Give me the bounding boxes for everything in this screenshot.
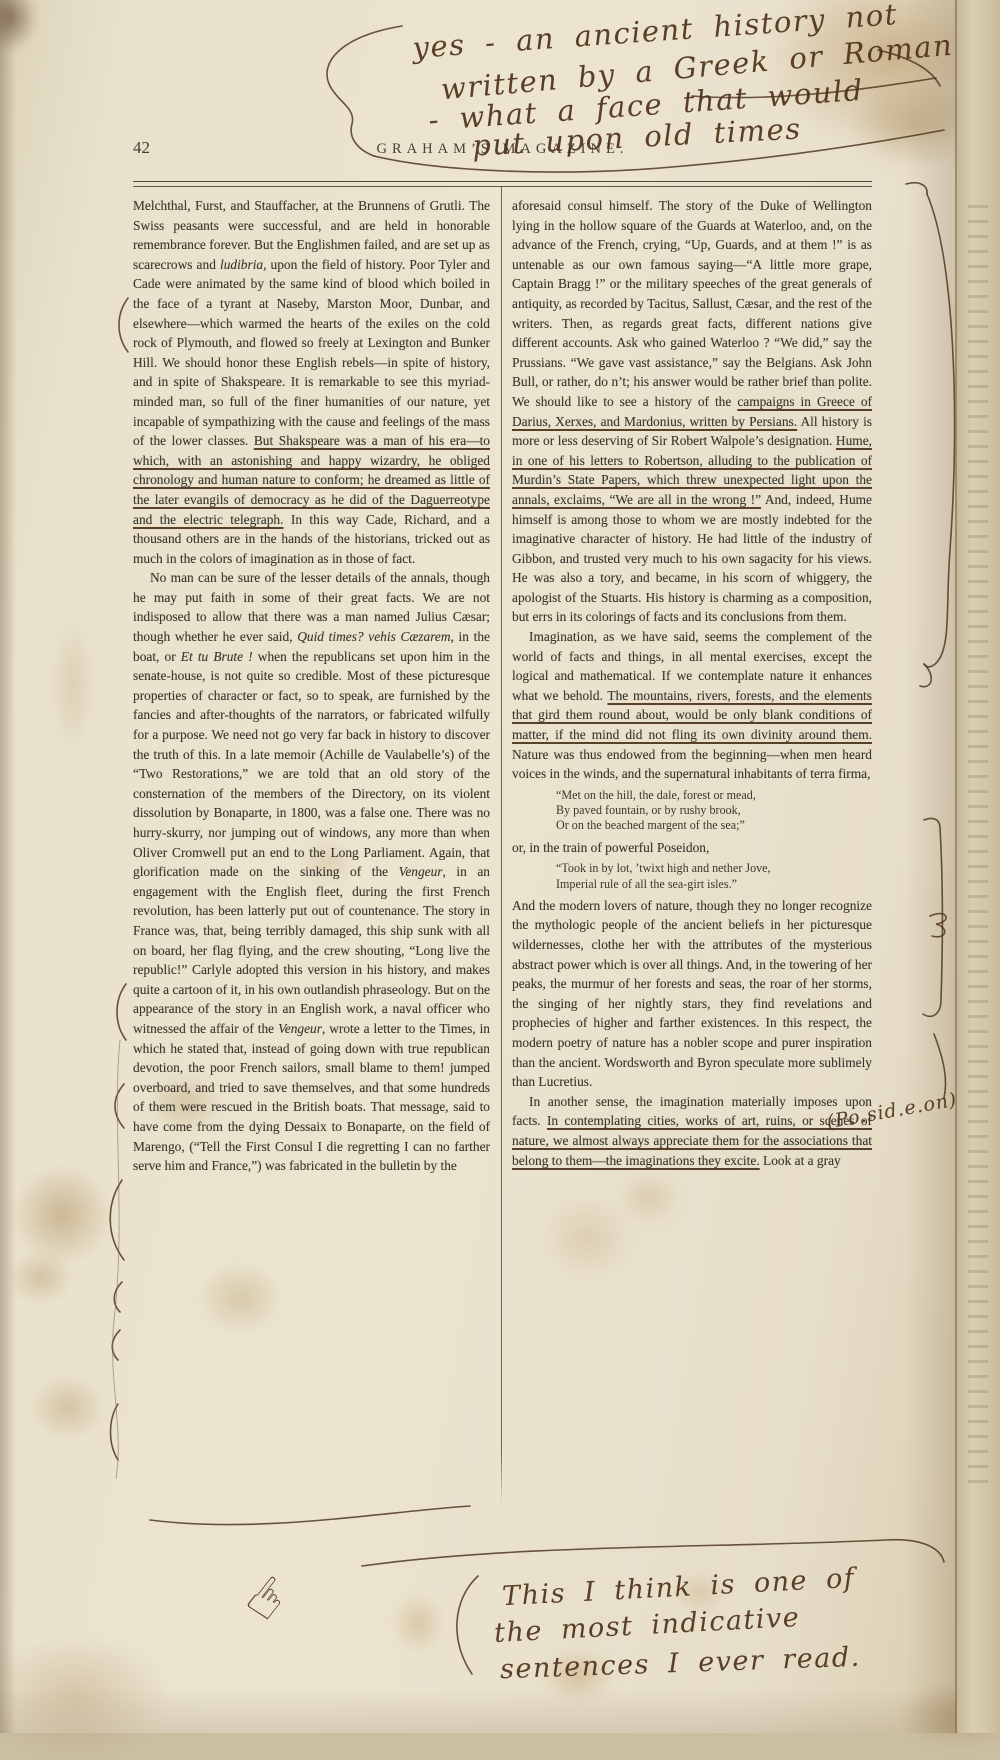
paper-crease: [113, 1040, 120, 1478]
text-segment: Vengeur: [399, 864, 443, 879]
verse-line: Or on the beached margent of the sea;”: [556, 818, 872, 833]
paragraph: Melchthal, Furst, and Stauffacher, at th…: [133, 196, 490, 568]
verse-quote: “Met on the hill, the dale, forest or me…: [556, 788, 872, 834]
left-column: Melchthal, Furst, and Stauffacher, at th…: [133, 196, 490, 1176]
verse-line: By paved fountain, or by rushy brook,: [556, 803, 872, 818]
text-segment: Look at a gray: [760, 1153, 841, 1168]
stain: [618, 1172, 680, 1224]
pen-left-bracket: [111, 1404, 119, 1460]
page-left-edge-shadow: [0, 0, 16, 1733]
text-segment: Vengeur: [278, 1021, 322, 1036]
pen-bottom-note-bracket: [457, 1576, 478, 1674]
paragraph: In another sense, the imagination materi…: [512, 1092, 872, 1170]
pen-top-note-bracket: [327, 26, 402, 156]
pen-left-bracket: [115, 1084, 124, 1128]
text-segment: , wrote a letter to the Times, in which …: [133, 1021, 490, 1173]
pen-left-bracket: [112, 1330, 120, 1360]
gutter-shadow: [905, 0, 955, 1733]
verse-line: Imperial rule of all the sea-girt isles.…: [556, 877, 872, 892]
paragraph: aforesaid consul himself. The story of t…: [512, 196, 872, 627]
text-segment: Nature was thus endowed from the beginni…: [512, 747, 872, 782]
handwritten-bottom-note-line-1: This I think is one of: [501, 1563, 856, 1612]
stain: [52, 620, 94, 750]
verse-line: “Took in by lot, ’twixt high and nether …: [556, 861, 872, 876]
text-segment: And the modern lovers of nature, though …: [512, 898, 872, 1089]
paragraph: Imagination, as we have said, seems the …: [512, 627, 872, 784]
text-segment: , upon the field of history. Poor Tyler …: [133, 257, 490, 448]
stain: [30, 1375, 105, 1440]
right-column: aforesaid consul himself. The story of t…: [512, 196, 872, 1170]
pen-left-bracket: [119, 298, 128, 352]
adjacent-page-text-sliver: [968, 205, 988, 1495]
text-segment: aforesaid consul himself. The story of t…: [512, 198, 872, 409]
text-segment: And, indeed, Hume himself is among those…: [512, 492, 872, 625]
pen-bottom-wave: [362, 1540, 944, 1566]
text-segment: or, in the train of powerful Poseidon,: [512, 840, 709, 855]
verse-line: “Met on the hill, the dale, forest or me…: [556, 788, 872, 803]
pen-left-bracket: [110, 1180, 124, 1260]
paragraph: No man can be sure of the lesser details…: [133, 568, 490, 1175]
manicule-icon: ☞: [228, 1559, 307, 1636]
stain: [198, 1262, 283, 1334]
header-rule: [133, 181, 872, 187]
stain: [8, 1250, 73, 1305]
page-scan: 42 GRAHAM’S MAGAZINE. Melchthal, Furst, …: [0, 0, 1000, 1733]
text-segment: Quid times? vehis Cæzarem,: [297, 629, 454, 644]
pen-left-bracket: [117, 984, 126, 1040]
stain: [540, 1195, 635, 1280]
pen-bottom-left-wave: [150, 1506, 470, 1525]
page-edge-line: [955, 0, 957, 1733]
handwritten-bottom-note-line-3: sentences I ever read.: [500, 1642, 862, 1686]
text-segment: when the republicans set upon him in the…: [133, 649, 490, 880]
pen-left-bracket: [114, 1282, 122, 1312]
paragraph: And the modern lovers of nature, though …: [512, 896, 872, 1092]
column-divider: [501, 187, 502, 1505]
verse-quote: “Took in by lot, ’twixt high and nether …: [556, 861, 872, 892]
page-bottom-edge-shadow: [0, 1688, 1000, 1733]
text-segment: , in an engagement with the English flee…: [133, 864, 490, 1036]
text-segment: Et tu Brute !: [181, 649, 253, 664]
paragraph: or, in the train of powerful Poseidon,: [512, 838, 872, 858]
stain: [392, 1592, 444, 1654]
text-segment: ludibria: [220, 257, 263, 272]
stain: [12, 1165, 112, 1265]
